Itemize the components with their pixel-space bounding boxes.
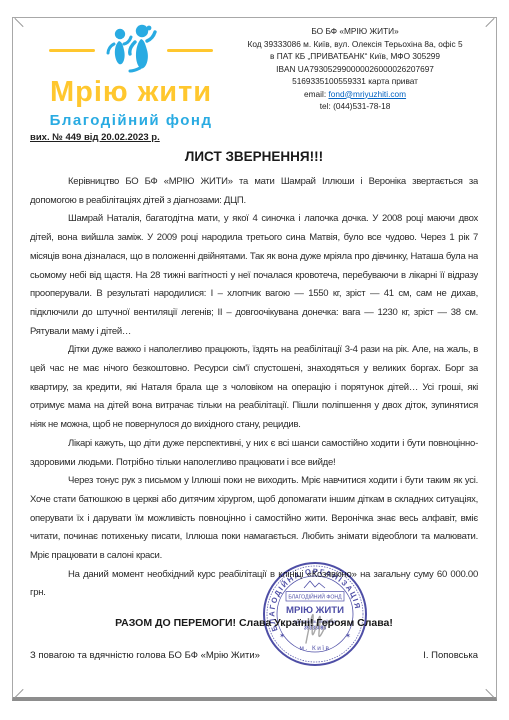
letter-header: Мрію жити Благодійний фонд БО БФ «МРІЮ Ж… [30, 24, 478, 129]
stamp-box-text: БЛАГОДІЙНИЙ ФОНД [288, 593, 342, 601]
org-contact-block: БО БФ «МРІЮ ЖИТИ» Код 39333086 м. Київ, … [232, 25, 478, 113]
signature-left-text: З повагою та вдячністю голова БО БФ «Мрі… [30, 650, 260, 661]
letter-content: Мрію жити Благодійний фонд БО БФ «МРІЮ Ж… [30, 24, 478, 661]
org-tel: tel: (044)531-78-18 [232, 100, 478, 113]
corner-mark [487, 18, 496, 27]
paragraph: На даний момент необхідний курс реабіліт… [30, 566, 478, 597]
org-email-line: email: fond@mriyuzhiti.com [232, 88, 478, 101]
outgoing-ref-number: вих. № 449 від 20.02.2023 р. [30, 132, 478, 143]
signature-row: З повагою та вдячністю голова БО БФ «Мрі… [30, 650, 478, 661]
logo-title: Мрію жити [50, 78, 212, 107]
paragraph: Шамрай Наталія, багатодітна мати, у якої… [30, 210, 478, 341]
paragraph: Лікарі кажуть, що діти дуже перспективні… [30, 435, 478, 472]
stamp-city: м. Київ [300, 645, 331, 652]
letter-footer: РАЗОМ ДО ПЕРЕМОГИ! Слава Україні! Героям… [30, 617, 478, 661]
stamp-star-left: ✶ [279, 632, 285, 640]
paragraph: Через тонус рук з письмом у Іллюші поки … [30, 472, 478, 566]
email-label: email: [304, 89, 326, 99]
email-link[interactable]: fond@mriyuzhiti.com [328, 89, 406, 99]
stamp-org-name: МРІЮ ЖИТИ [286, 605, 344, 616]
corner-mark [487, 689, 496, 698]
logo-figures-row [49, 24, 213, 76]
corner-mark [13, 689, 22, 698]
stamp-star-right: ✶ [345, 632, 351, 640]
org-bank: в ПАТ КБ „ПРИВАТБАНК“ Київ, МФО 305299 [232, 50, 478, 63]
letter-page: Мрію жити Благодійний фонд БО БФ «МРІЮ Ж… [0, 0, 509, 720]
logo-dash-left [49, 49, 95, 52]
paragraph: Керівництво БО БФ «МРІЮ ЖИТИ» та мати Ша… [30, 173, 478, 210]
logo-subtitle: Благодійний фонд [50, 112, 213, 129]
letter-body: Керівництво БО БФ «МРІЮ ЖИТИ» та мати Ша… [30, 173, 478, 597]
victory-slogan: РАЗОМ ДО ПЕРЕМОГИ! Слава Україні! Героям… [30, 617, 478, 629]
letter-title: ЛИСТ ЗВЕРНЕННЯ!!! [30, 149, 478, 164]
logo-dash-right [167, 49, 213, 52]
org-name: БО БФ «МРІЮ ЖИТИ» [232, 25, 478, 38]
org-address: Код 39333086 м. Київ, вул. Олексія Терьо… [232, 38, 478, 51]
signature-name: І. Поповська [423, 650, 478, 661]
foundation-round-stamp: БЛАГОДІЙНА ОРГАНІЗАЦІЯ БЛАГОДІЙНИЙ ФОНД … [262, 561, 368, 667]
stamp-mountains-icon [304, 581, 325, 588]
org-card: 5169335100559331 карта приват [232, 75, 478, 88]
org-iban: IBAN UA793052990000026000026207697 [232, 63, 478, 76]
children-figures-icon [102, 22, 160, 79]
corner-mark [13, 18, 22, 27]
paragraph: Дітки дуже важко і наполегливо працюють,… [30, 341, 478, 435]
foundation-logo: Мрію жити Благодійний фонд [30, 24, 232, 129]
